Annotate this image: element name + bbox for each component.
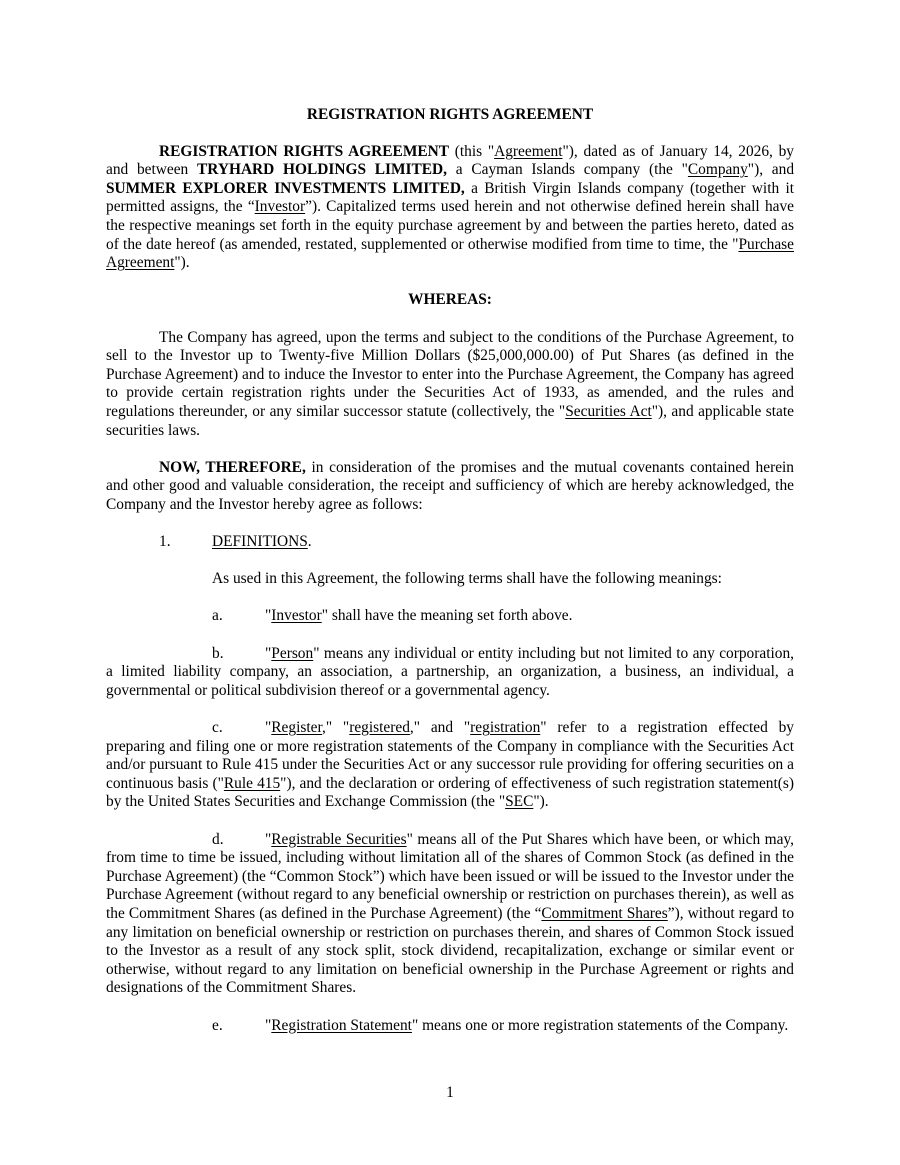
definition-item: b."Person" means any individual or entit… — [106, 645, 794, 701]
definition-item: e."Registration Statement" means one or … — [106, 1017, 794, 1036]
intro-paragraph: REGISTRATION RIGHTS AGREEMENT (this "Agr… — [106, 143, 794, 273]
text-run: " shall have the meaning set forth above… — [322, 607, 573, 624]
defined-term: SEC — [505, 793, 533, 810]
now-therefore-paragraph: NOW, THEREFORE, in consideration of the … — [106, 459, 794, 515]
defined-term: registered — [349, 719, 410, 736]
defined-term: Rule 415 — [224, 775, 280, 792]
definition-item: c."Register," "registered," and "registr… — [106, 719, 794, 812]
defined-term: Person — [271, 645, 313, 662]
definition-letter: a. — [212, 607, 265, 626]
whereas-paragraph: The Company has agreed, upon the terms a… — [106, 329, 794, 441]
text-run: (this " — [449, 143, 494, 160]
text-run: a Cayman Islands company (the " — [447, 161, 688, 178]
bold-term: SUMMER EXPLORER INVESTMENTS LIMITED, — [106, 180, 465, 197]
definition-item: d."Registrable Securities" means all of … — [106, 831, 794, 998]
defined-term: Investor — [271, 607, 321, 624]
bold-term: NOW, THEREFORE, — [159, 459, 306, 476]
definition-letter: e. — [212, 1017, 265, 1036]
defined-term: Purchase — [738, 236, 794, 253]
section-title: DEFINITIONS — [212, 533, 308, 550]
text-run: "), and — [748, 161, 794, 178]
text-run: ," " — [322, 719, 349, 736]
definitions-intro: As used in this Agreement, the following… — [212, 570, 794, 589]
defined-term: Registration Statement — [271, 1017, 412, 1034]
whereas-heading: WHEREAS: — [106, 291, 794, 310]
bold-term: REGISTRATION RIGHTS AGREEMENT — [159, 143, 449, 160]
document-title: REGISTRATION RIGHTS AGREEMENT — [106, 106, 794, 125]
defined-term: Securities Act — [565, 403, 652, 420]
section-1-heading: 1.DEFINITIONS. — [159, 533, 794, 552]
section-number: 1. — [159, 533, 212, 552]
defined-term: Agreement — [106, 254, 174, 271]
text-run: " means one or more registration stateme… — [412, 1017, 788, 1034]
defined-term: Register — [271, 719, 322, 736]
defined-term: Registrable Securities — [271, 831, 406, 848]
definition-item: a."Investor" shall have the meaning set … — [106, 607, 794, 626]
defined-term: registration — [470, 719, 540, 736]
document-page: REGISTRATION RIGHTS AGREEMENT REGISTRATI… — [0, 0, 900, 1165]
definitions-list: a."Investor" shall have the meaning set … — [106, 607, 794, 1035]
text-run: "). — [174, 254, 189, 271]
defined-term: Investor — [255, 198, 305, 215]
document-body: REGISTRATION RIGHTS AGREEMENT REGISTRATI… — [106, 106, 794, 1054]
text-run: ," and " — [410, 719, 470, 736]
definition-letter: c. — [212, 719, 265, 738]
defined-term: Commitment Shares — [541, 905, 667, 922]
defined-term: Company — [688, 161, 748, 178]
page-number: 1 — [0, 1084, 900, 1103]
definition-letter: b. — [212, 645, 265, 664]
text-run: " means any individual or entity includi… — [106, 645, 794, 699]
text-run: "). — [533, 793, 548, 810]
definition-letter: d. — [212, 831, 265, 850]
defined-term: Agreement — [494, 143, 562, 160]
bold-term: TRYHARD HOLDINGS LIMITED, — [197, 161, 447, 178]
section-title-suffix: . — [308, 533, 312, 550]
